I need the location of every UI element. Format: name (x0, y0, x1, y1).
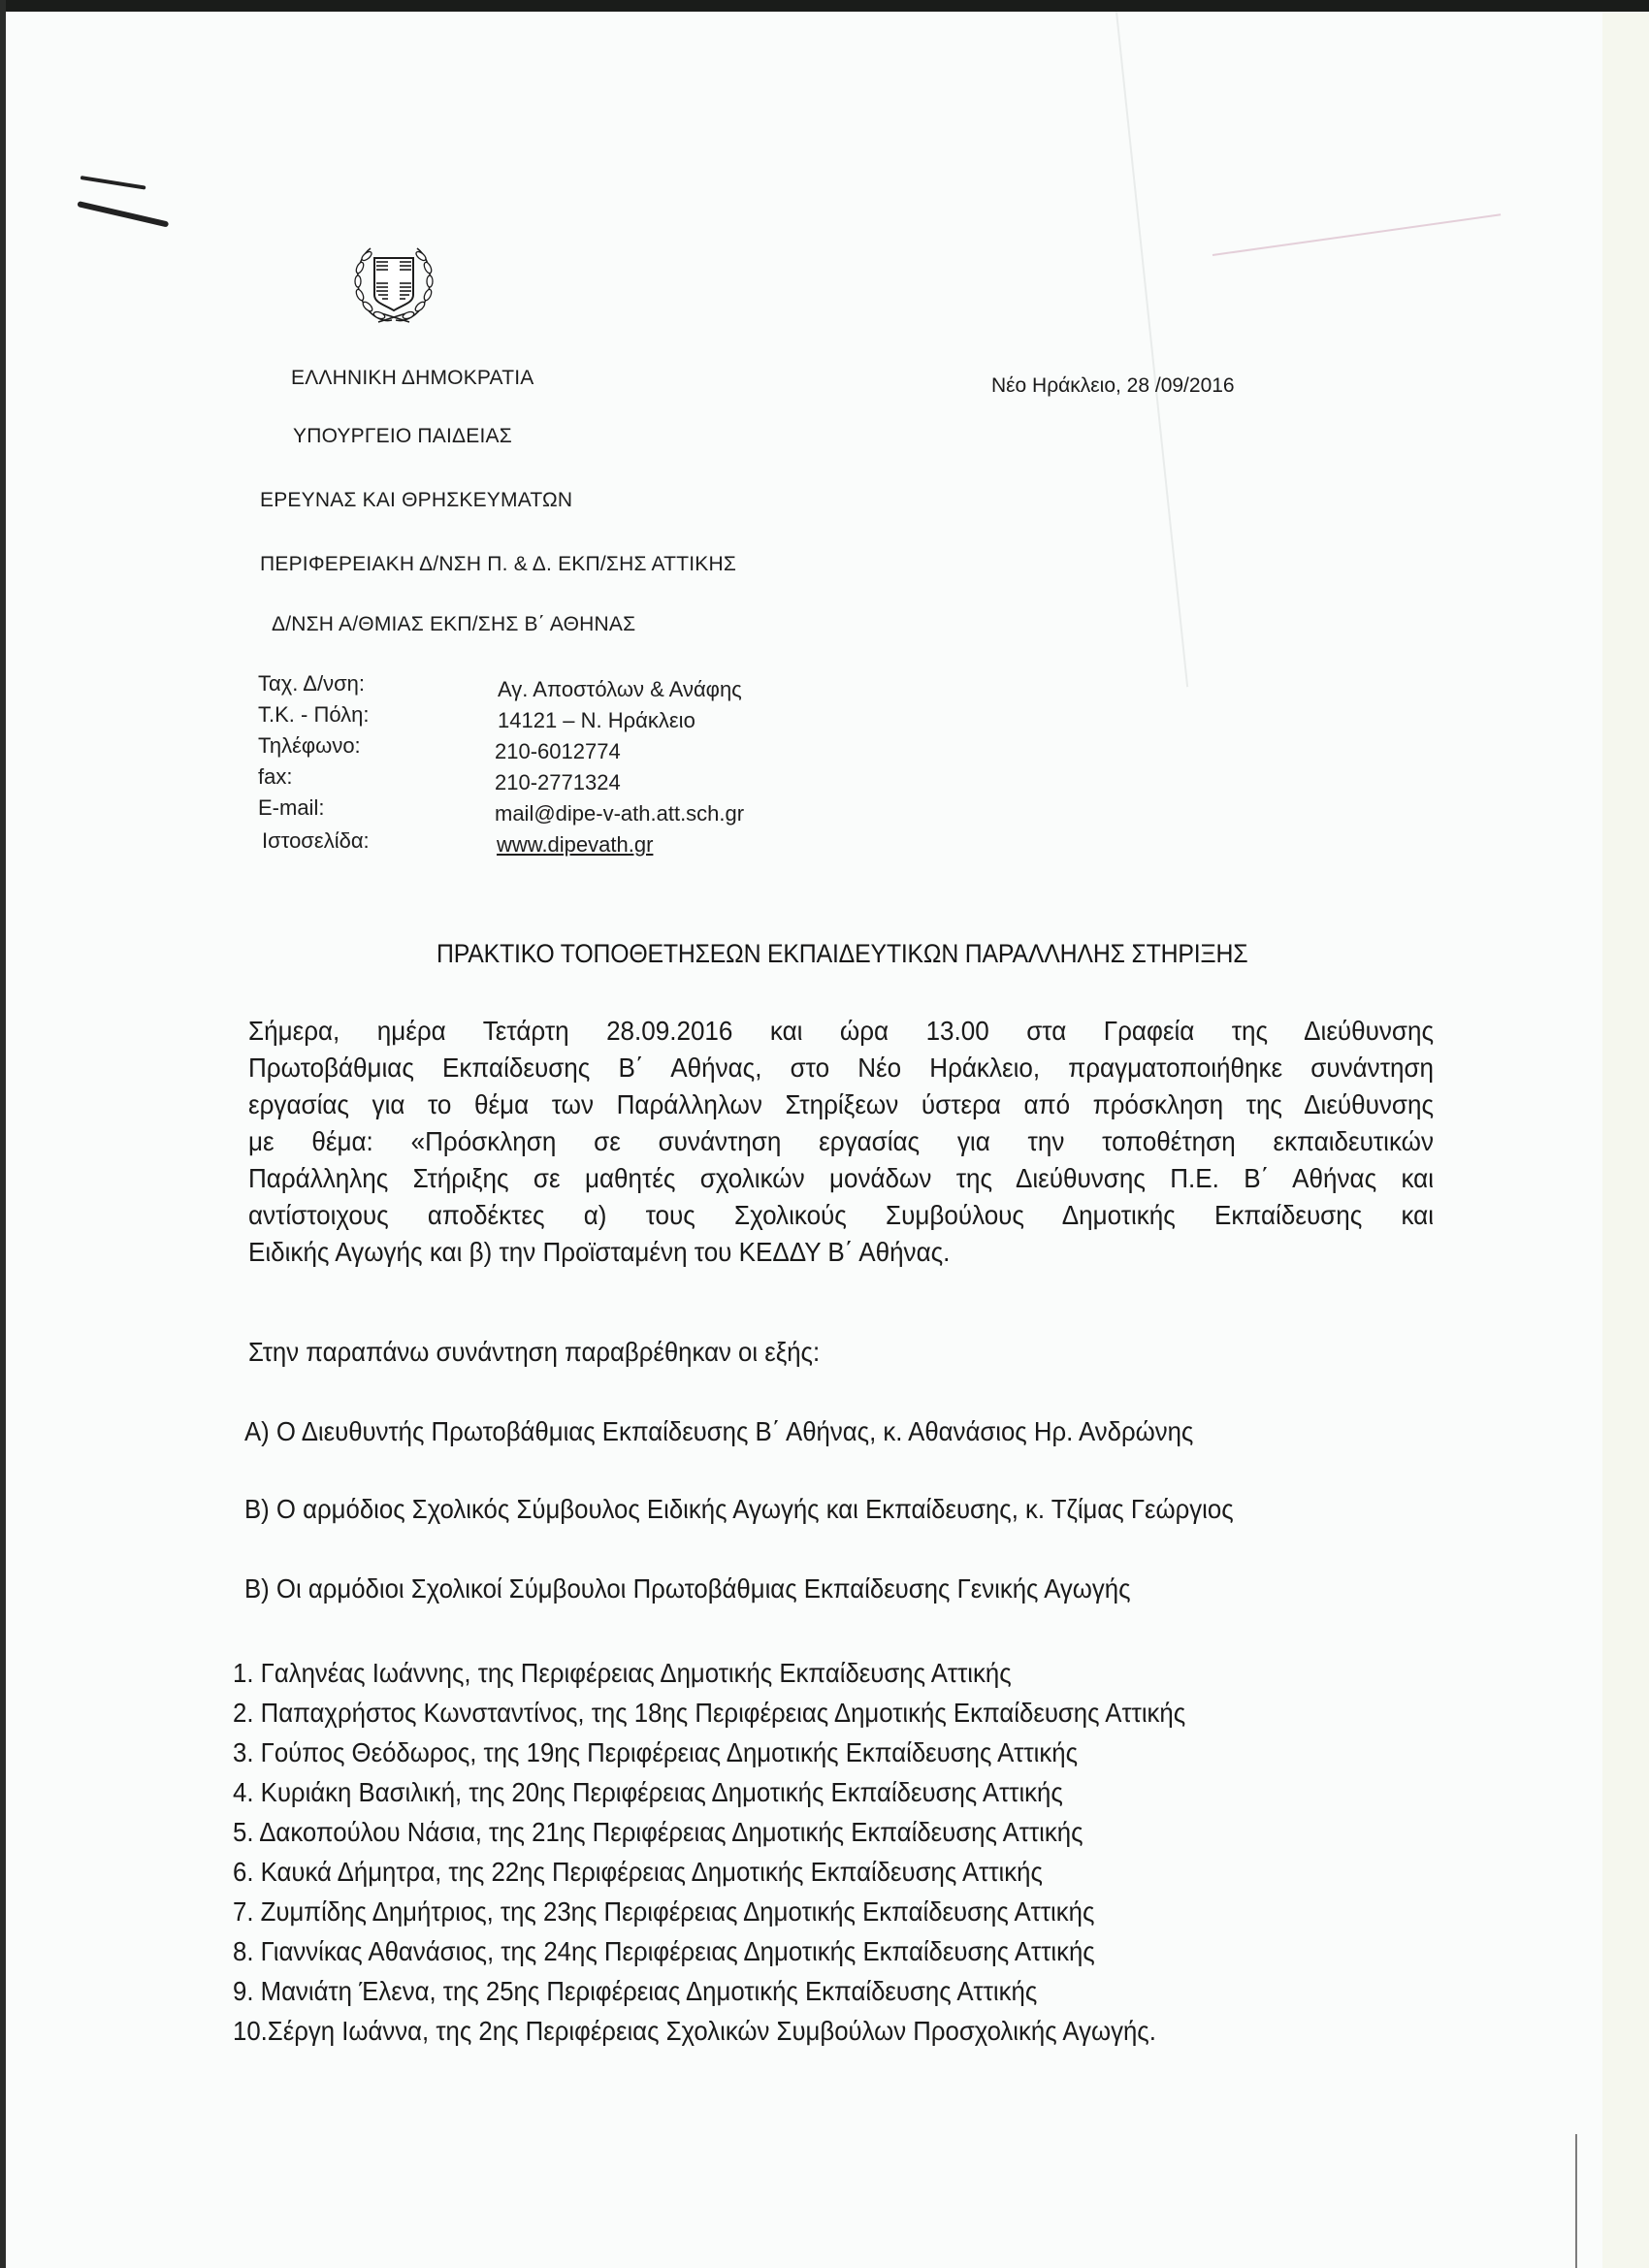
section-special-ed-advisor: Β) Ο αρμόδιος Σχολικός Σύμβουλος Ειδικής… (244, 1494, 1234, 1525)
paragraph-line: Πρωτοβάθμιας Εκπαίδευσης Β΄ Αθήνας, στο … (248, 1050, 1434, 1086)
paragraph-line: εργασίας για το θέμα των Παράλληλων Στηρ… (248, 1086, 1434, 1123)
scan-border-top (0, 0, 1649, 12)
header-ministry: ΥΠΟΥΡΓΕΙΟ ΠΑΙΔΕΙΑΣ (293, 425, 512, 448)
list-item: 5. Δακοπούλου Νάσια, της 21ης Περιφέρεια… (233, 1812, 1185, 1852)
list-item: 10.Σέργη Ιωάννα, της 2ης Περιφέρειας Σχο… (233, 2011, 1185, 2051)
attendees-intro: Στην παραπάνω συνάντηση παραβρέθηκαν οι … (248, 1337, 820, 1368)
list-item: 7. Ζυμπίδης Δημήτριος, της 23ης Περιφέρε… (233, 1892, 1185, 1931)
advisors-list: 1. Γαληνέας Ιωάννης, της Περιφέρειας Δημ… (233, 1653, 1269, 2051)
intro-paragraph: Σήμερα, ημέρα Τετάρτη 28.09.2016 και ώρα… (248, 1013, 1434, 1271)
contact-label: fax: (258, 764, 292, 790)
list-item: 4. Κυριάκη Βασιλική, της 20ης Περιφέρεια… (233, 1772, 1185, 1812)
contact-label: Ταχ. Δ/νση: (258, 671, 365, 697)
section-director: Α) Ο Διευθυντής Πρωτοβάθμιας Εκπαίδευσης… (244, 1416, 1193, 1447)
paragraph-line: Παράλληλης Στήριξης σε μαθητές σχολικών … (248, 1160, 1434, 1197)
section-general-ed-advisors: Β) Οι αρμόδιοι Σχολικοί Σύμβουλοι Πρωτοβ… (244, 1573, 1131, 1604)
contact-email: mail@dipe-v-ath.att.sch.gr (495, 801, 744, 826)
page-edge-line (1575, 2134, 1577, 2268)
contact-label: Ιστοσελίδα: (262, 828, 370, 854)
list-item: 1. Γαληνέας Ιωάννης, της Περιφέρειας Δημ… (233, 1653, 1185, 1693)
list-item: 6. Καυκά Δήμητρα, της 22ης Περιφέρειας Δ… (233, 1852, 1185, 1892)
header-ministry-cont: ΕΡΕΥΝΑΣ ΚΑΙ ΘΡΗΣΚΕΥΜΑΤΩΝ (260, 489, 572, 512)
paragraph-line: αντίστοιχους αποδέκτες α) τους Σχολικούς… (248, 1197, 1434, 1234)
paragraph-line: με θέμα: «Πρόσκληση σε συνάντηση εργασία… (248, 1123, 1434, 1160)
document-title: ΠΡΑΚΤΙΚΟ ΤΟΠΟΘΕΤΗΣΕΩΝ ΕΚΠΑΙΔΕΥΤΙΚΩΝ ΠΑΡΑ… (436, 939, 1247, 969)
header-directorate: Δ/ΝΣΗ Α/ΘΜΙΑΣ ΕΚΠ/ΣΗΣ Β΄ ΑΘΗΝΑΣ (272, 613, 635, 636)
contact-label: Τηλέφωνο: (258, 733, 361, 759)
contact-phone: 210-6012774 (495, 739, 621, 764)
contact-fax: 210-2771324 (495, 770, 621, 795)
place-date: Νέο Ηράκλειο, 28 /09/2016 (991, 374, 1235, 398)
header-regional-directorate: ΠΕΡΙΦΕΡΕΙΑΚΗ Δ/ΝΣΗ Π. & Δ. ΕΚΠ/ΣΗΣ ΑΤΤΙΚ… (260, 553, 736, 576)
contact-postcode-city: 14121 – Ν. Ηράκλειο (498, 708, 695, 733)
list-item: 2. Παπαχρήστος Κωνσταντίνος, της 18ης Πε… (233, 1693, 1185, 1733)
handwritten-mark (78, 170, 184, 228)
scan-margin-right (1602, 12, 1649, 2268)
list-item: 3. Γούπος Θεόδωρος, της 19ης Περιφέρειας… (233, 1733, 1185, 1772)
contact-address: Αγ. Αποστόλων & Ανάφης (498, 677, 742, 702)
header-republic: ΕΛΛΗΝΙΚΗ ΔΗΜΟΚΡΑΤΙΑ (291, 367, 533, 390)
paragraph-line: Ειδικής Αγωγής και β) την Προϊσταμένη το… (248, 1234, 1434, 1271)
contact-website-link[interactable]: www.dipevath.gr (497, 832, 653, 858)
list-item: 8. Γιαννίκας Αθανάσιος, της 24ης Περιφέρ… (233, 1931, 1185, 1971)
greek-coat-of-arms-icon (349, 239, 438, 326)
contact-label: Τ.Κ. - Πόλη: (258, 702, 370, 728)
contact-label: E-mail: (258, 795, 324, 821)
list-item: 9. Μανιάτη Έλενα, της 25ης Περιφέρειας Δ… (233, 1971, 1185, 2011)
paragraph-line: Σήμερα, ημέρα Τετάρτη 28.09.2016 και ώρα… (248, 1013, 1434, 1050)
